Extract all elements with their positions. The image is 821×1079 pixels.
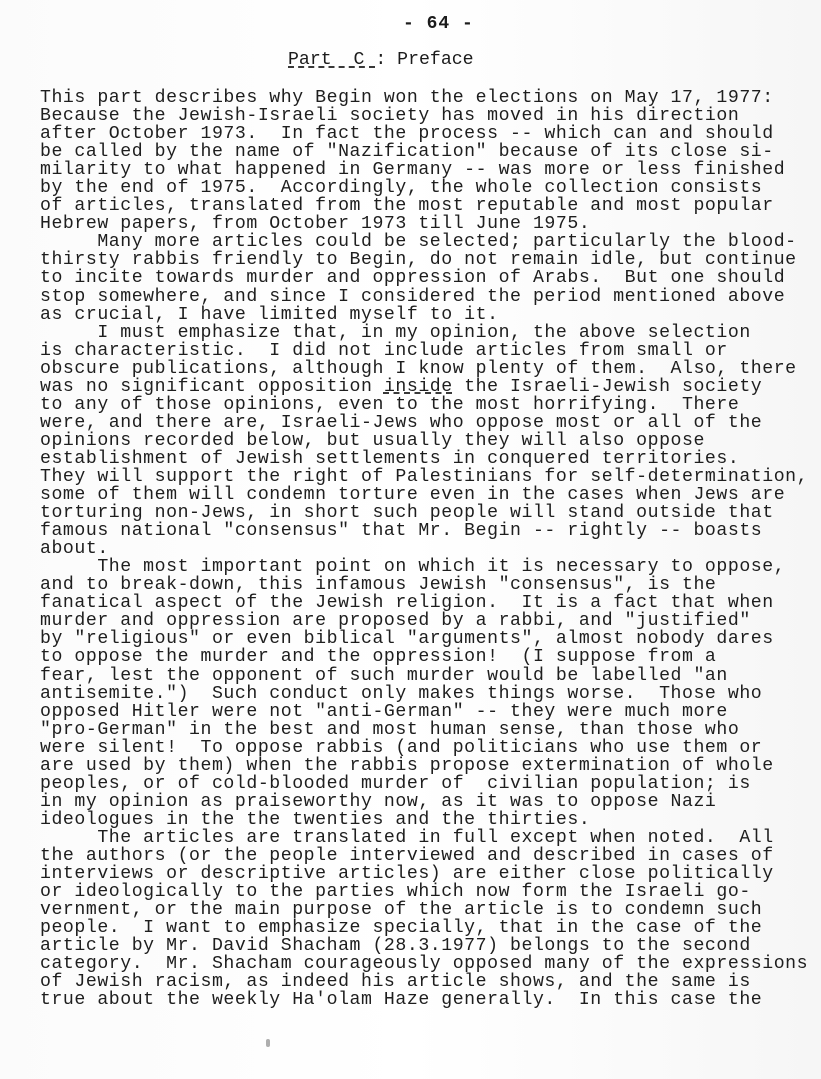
text-line: were silent! To oppose rabbis (and polit…: [40, 739, 808, 757]
text-line: fear, lest the opponent of such murder w…: [40, 667, 808, 685]
text-line: milarity to what happened in Germany -- …: [40, 161, 808, 179]
text-line: This part describes why Begin won the el…: [40, 89, 808, 107]
text-line: torturing non-Jews, in short such people…: [40, 504, 808, 522]
text-line: about.: [40, 540, 808, 558]
text-line: some of them will condemn torture even i…: [40, 486, 808, 504]
text-line: of Jewish racism, as indeed his article …: [40, 973, 808, 991]
text-line: opposed Hitler were not "anti-German" --…: [40, 703, 808, 721]
section-title-name: Preface: [386, 50, 473, 70]
text-line: to any of those opinions, even to the mo…: [40, 396, 808, 414]
text-line: are used by them) when the rabbis propos…: [40, 757, 808, 775]
text-line: peoples, or of cold-blooded murder of ci…: [40, 775, 808, 793]
text-line: obscure publications, although I know pl…: [40, 360, 808, 378]
text-line: They will support the right of Palestini…: [40, 468, 808, 486]
text-line: I must emphasize that, in my opinion, th…: [40, 324, 808, 342]
text-line: antisemite.") Such conduct only makes th…: [40, 685, 808, 703]
section-title-part: Part C: [288, 50, 375, 70]
text-line: The most important point on which it is …: [40, 558, 808, 576]
underlined-emphasis: inside: [384, 377, 453, 397]
text-line: thirsty rabbis friendly to Begin, do not…: [40, 251, 808, 269]
text-line: in my opinion as praiseworthy now, as it…: [40, 793, 808, 811]
text-line: Many more articles could be selected; pa…: [40, 233, 808, 251]
text-line: after October 1973. In fact the process …: [40, 125, 808, 143]
text-line: article by Mr. David Shacham (28.3.1977)…: [40, 937, 808, 955]
text-line: The articles are translated in full exce…: [40, 829, 808, 847]
text-line: stop somewhere, and since I considered t…: [40, 288, 808, 306]
text-line: Because the Jewish-Israeli society has m…: [40, 107, 808, 125]
text-line: murder and oppression are proposed by a …: [40, 612, 808, 630]
section-title: Part C : Preface: [288, 50, 474, 70]
text-line: by "religious" or even biblical "argumen…: [40, 630, 808, 648]
text-line: as crucial, I have limited myself to it.: [40, 306, 808, 324]
document-page: - 64 - Part C : Preface This part descri…: [0, 0, 821, 1079]
text-line: be called by the name of "Nazification" …: [40, 143, 808, 161]
scan-artifact: [266, 1039, 270, 1047]
text-line: to oppose the murder and the oppression!…: [40, 648, 808, 666]
text-line: of articles, translated from the most re…: [40, 197, 808, 215]
text-line: fanatical aspect of the Jewish religion.…: [40, 594, 808, 612]
text-line: the authors (or the people interviewed a…: [40, 847, 808, 865]
text-line: to incite towards murder and oppression …: [40, 269, 808, 287]
text-line: were, and there are, Israeli-Jews who op…: [40, 414, 808, 432]
text-line: and to break-down, this infamous Jewish …: [40, 576, 808, 594]
text-line: people. I want to emphasize specially, t…: [40, 919, 808, 937]
text-line: opinions recorded below, but usually the…: [40, 432, 808, 450]
text-line: by the end of 1975. Accordingly, the who…: [40, 179, 808, 197]
text-line: was no significant opposition inside the…: [40, 378, 808, 396]
text-line: or ideologically to the parties which no…: [40, 883, 808, 901]
text-line: establishment of Jewish settlements in c…: [40, 450, 808, 468]
text-line: is characteristic. I did not include art…: [40, 342, 808, 360]
text-line: Hebrew papers, from October 1973 till Ju…: [40, 215, 808, 233]
body-text: This part describes why Begin won the el…: [40, 89, 808, 1009]
text-line: vernment, or the main purpose of the art…: [40, 901, 808, 919]
text-line: famous national "consensus" that Mr. Beg…: [40, 522, 808, 540]
text-line: ideologues in the the twenties and the t…: [40, 811, 808, 829]
text-line: true about the weekly Ha'olam Haze gener…: [40, 991, 808, 1009]
text-line: "pro-German" in the best and most human …: [40, 721, 808, 739]
text-line: category. Mr. Shacham courageously oppos…: [40, 955, 808, 973]
section-title-separator: :: [375, 50, 386, 70]
page-number: - 64 -: [403, 14, 474, 34]
text-line: interviews or descriptive articles) are …: [40, 865, 808, 883]
